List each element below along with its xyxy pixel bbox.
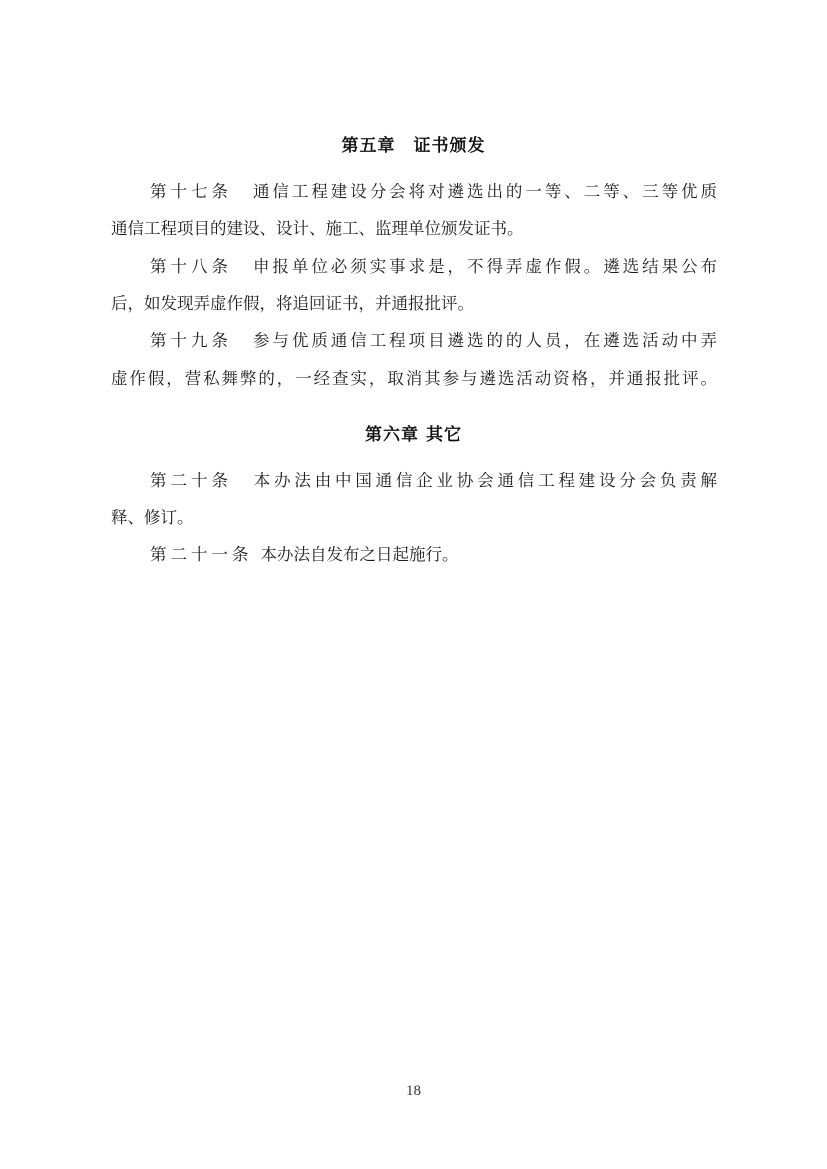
document-page: 第五章 证书颁发 第十七条通信工程建设分会将对遴选出的一等、二等、三等优质 通信… <box>0 0 827 1169</box>
article-17-label: 第十七条 <box>150 182 232 202</box>
article-19-line-2: 虚作假，营私舞弊的，一经查实，取消其参与遴选活动资格，并通报批评。 <box>111 369 717 389</box>
article-21-label: 第二十一条 <box>150 545 253 565</box>
article-18-label: 第十八条 <box>150 257 232 277</box>
article-20-text-1: 本办法由中国通信企业协会通信工程建设分会负责解 <box>250 471 717 490</box>
article-21-line-1: 第二十一条本办法自发布之日起施行。 <box>150 545 717 565</box>
article-19-line-1: 第十九条参与优质通信工程项目遴选的的人员，在遴选活动中弄 <box>150 331 717 351</box>
article-20-line-1: 第二十条本办法由中国通信企业协会通信工程建设分会负责解 <box>150 471 717 491</box>
article-20-label: 第二十条 <box>150 471 232 491</box>
article-19-label: 第十九条 <box>150 331 232 351</box>
article-17-text-1: 通信工程建设分会将对遴选出的一等、二等、三等优质 <box>250 182 717 201</box>
article-21-text-1: 本办法自发布之日起施行。 <box>261 545 459 564</box>
article-20-line-2: 释、修订。 <box>111 508 717 528</box>
article-17-line-2: 通信工程项目的建设、设计、施工、监理单位颁发证书。 <box>111 219 717 239</box>
article-18-line-2: 后，如发现弄虚作假，将追回证书，并通报批评。 <box>111 294 717 314</box>
article-19-text-1: 参与优质通信工程项目遴选的的人员，在遴选活动中弄 <box>250 331 717 350</box>
page-number: 18 <box>0 1083 827 1100</box>
article-18-line-1: 第十八条申报单位必须实事求是，不得弄虚作假。遴选结果公布 <box>150 257 717 277</box>
chapter-5-title: 第五章 证书颁发 <box>0 131 827 156</box>
article-17-line-1: 第十七条通信工程建设分会将对遴选出的一等、二等、三等优质 <box>150 182 717 202</box>
chapter-6-title: 第六章 其它 <box>0 420 827 445</box>
article-18-text-1: 申报单位必须实事求是，不得弄虚作假。遴选结果公布 <box>250 257 717 276</box>
